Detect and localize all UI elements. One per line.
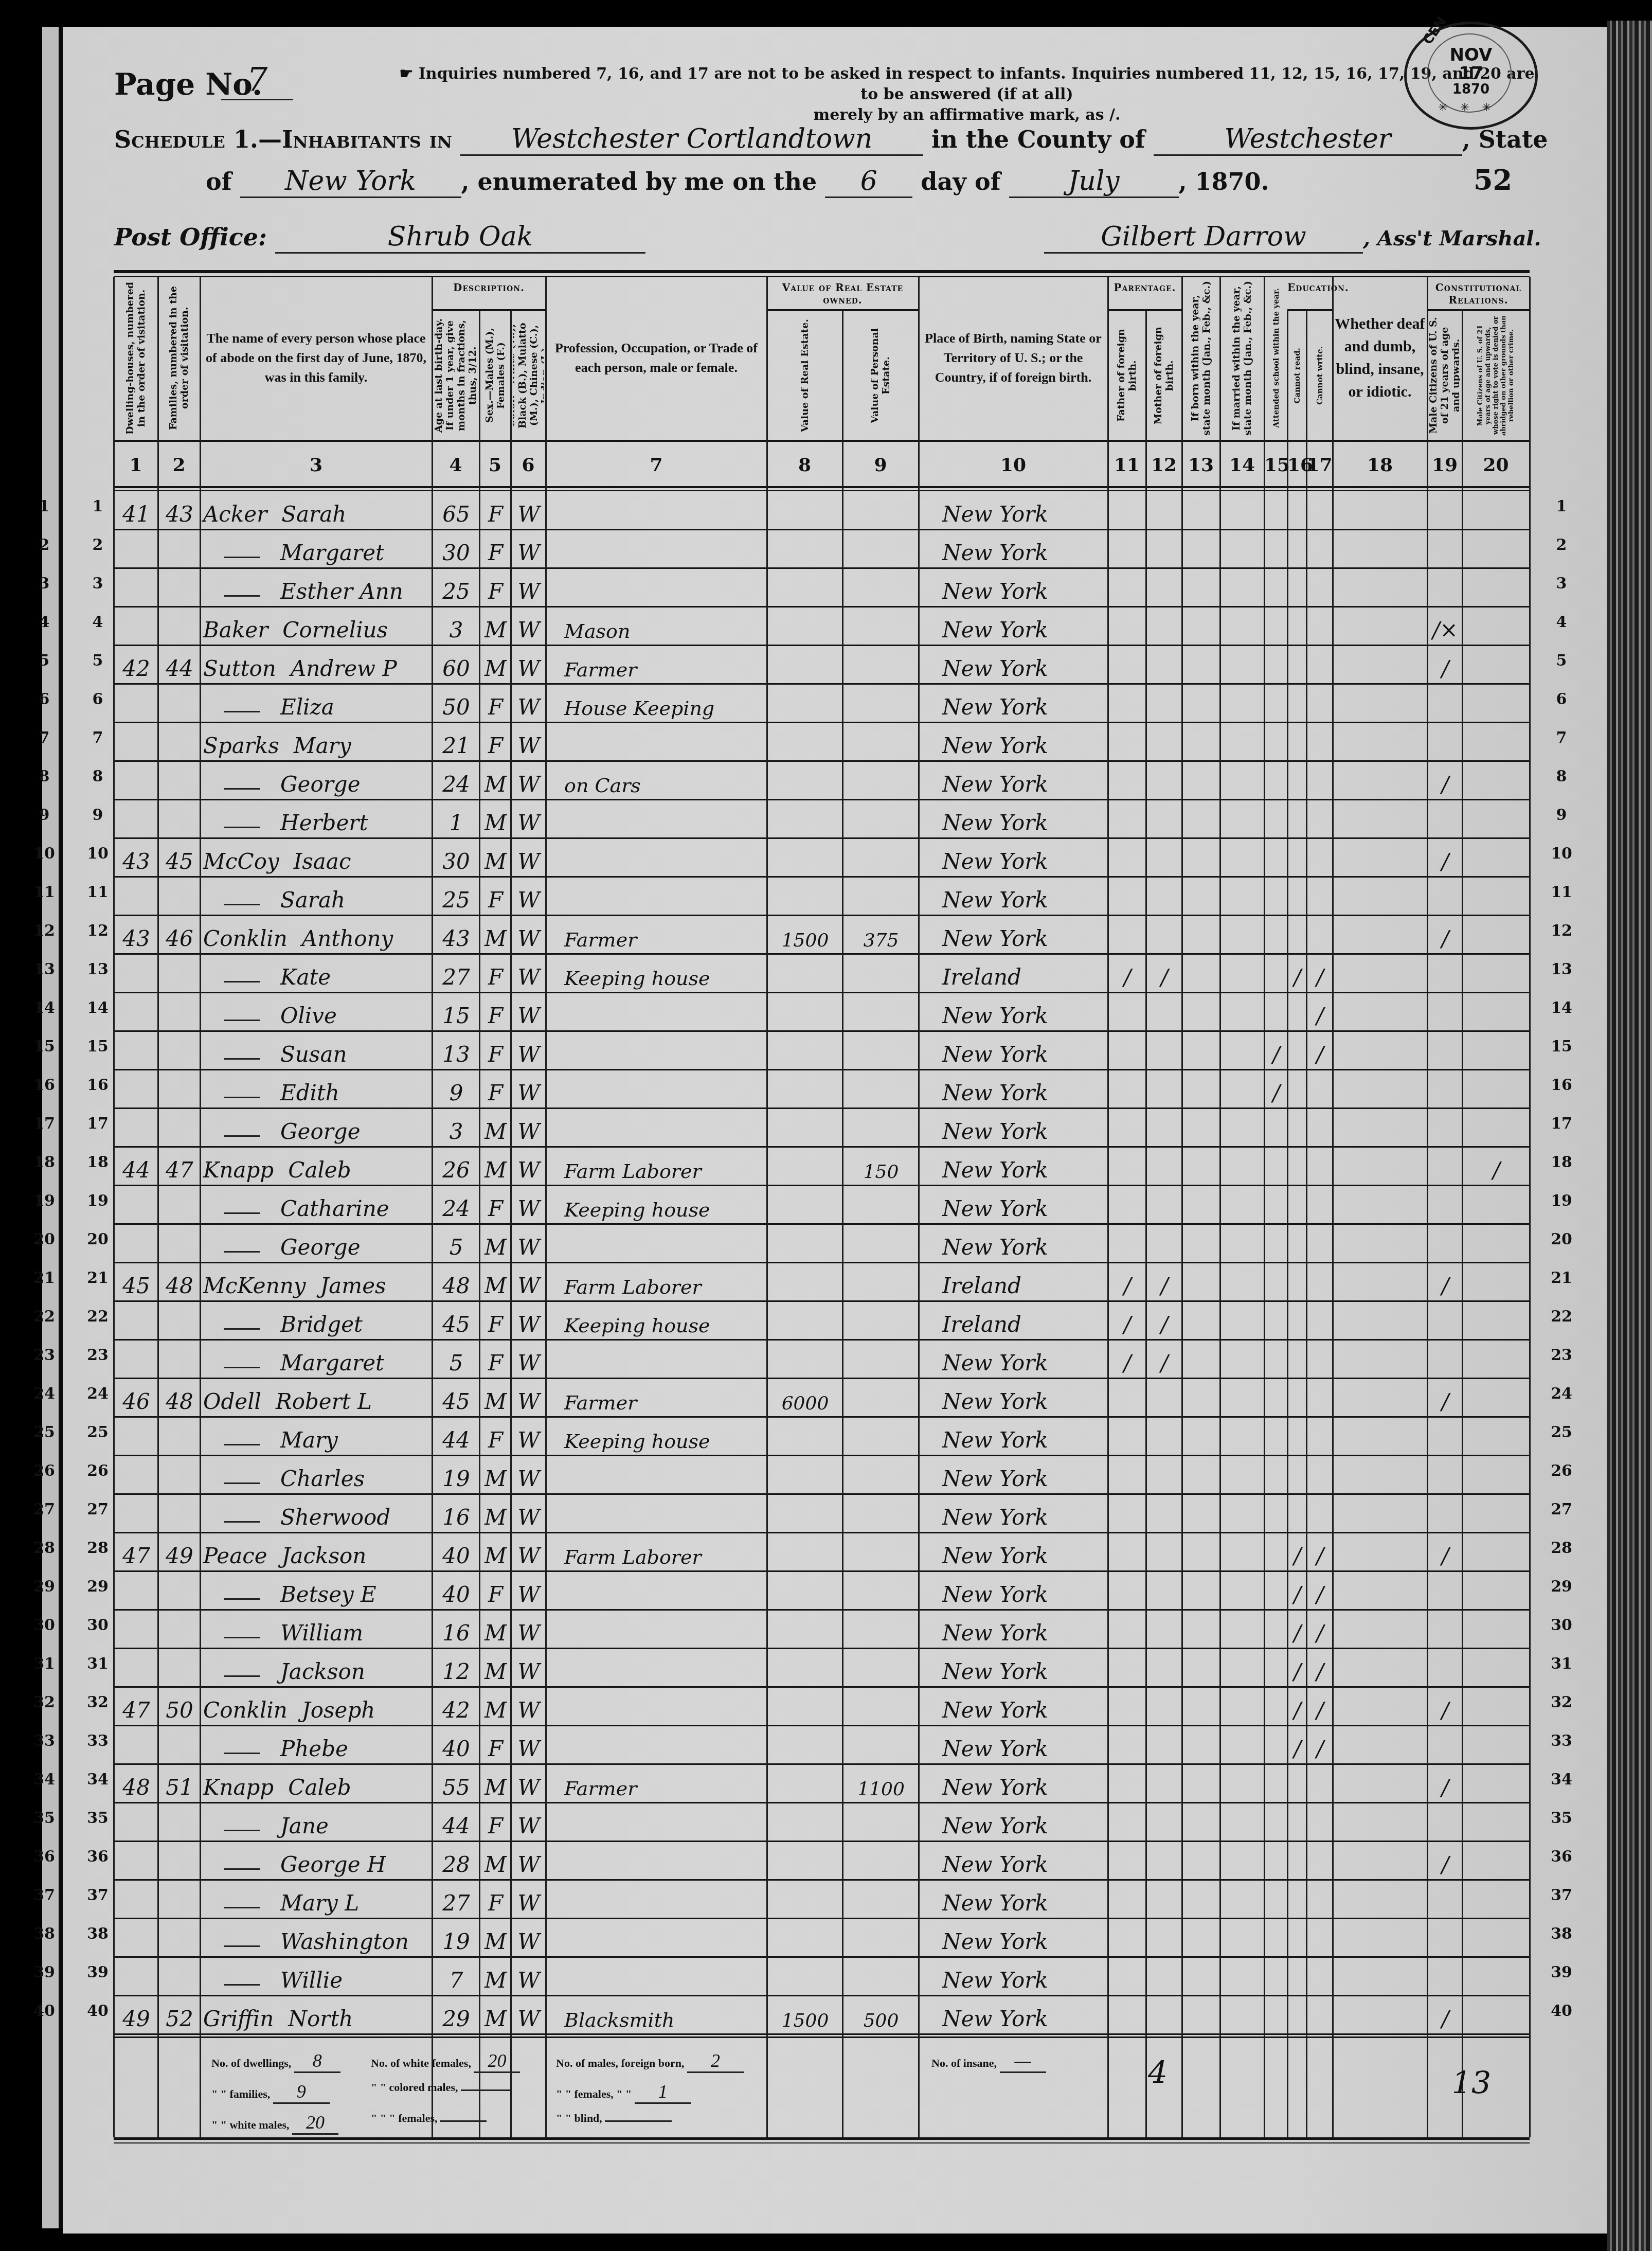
color-cell: W: [514, 1147, 544, 1186]
sex-cell: F: [482, 1070, 509, 1109]
married-month-cell: [1223, 1456, 1262, 1494]
row-number: 23: [85, 1346, 111, 1364]
age-cell: 3: [435, 607, 477, 646]
females-foreign-count-value: 1: [635, 2081, 691, 2104]
birthplace-cell: Ireland: [922, 954, 1106, 993]
row-number-outer: 31: [31, 1655, 57, 1673]
table-row: 2121214548McKennyJames48MWFarm LaborerIr…: [114, 1263, 1530, 1301]
person-name-cell: AckerSarah: [203, 491, 430, 530]
age-cell: 1: [435, 800, 477, 838]
person-name-cell: Sherwood: [203, 1494, 430, 1533]
cannot-write-cell: [1309, 1379, 1331, 1417]
vote-denied-cell: /: [1465, 1147, 1528, 1186]
dwelling-number-cell: [117, 684, 156, 723]
row-number-outer: 2: [31, 536, 57, 554]
married-month-cell: [1223, 1842, 1262, 1880]
disability-cell: [1336, 1070, 1425, 1109]
married-month-cell: [1223, 916, 1262, 954]
mother-foreign-cell: [1149, 1687, 1180, 1726]
father-foreign-cell: [1111, 1842, 1144, 1880]
attended-school-cell: [1267, 607, 1285, 646]
families-count: " " families, 9: [211, 2081, 330, 2104]
given-name: Mary: [294, 733, 351, 758]
father-foreign-cell: [1111, 761, 1144, 800]
row-number: 31: [85, 1655, 111, 1673]
male-citizen-cell: /: [1430, 916, 1460, 954]
county-label: in the County of: [931, 126, 1145, 153]
cannot-write-cell: /: [1309, 1533, 1331, 1571]
page-edge-line: [59, 27, 63, 2228]
column-header-text-20: Male Citizens of U. S. of 21 years of ag…: [1477, 315, 1515, 436]
attended-school-cell: [1267, 568, 1285, 607]
born-month-cell: [1185, 800, 1218, 838]
person-name-cell: BakerCornelius: [203, 607, 430, 646]
father-foreign-cell: [1111, 916, 1144, 954]
sex-cell: M: [482, 646, 509, 684]
table-top-rule-thin: [114, 276, 1530, 277]
row-number-outer: 18: [31, 1153, 57, 1171]
real-estate-value-cell: [770, 761, 840, 800]
attended-school-cell: [1267, 1224, 1285, 1263]
disability-cell: [1336, 1610, 1425, 1649]
sex-cell: M: [482, 1919, 509, 1957]
birthplace-cell: New York: [922, 684, 1106, 723]
cannot-write-cell: [1309, 1803, 1331, 1842]
row-number-right: 11: [1549, 883, 1574, 901]
column-header-8: Value of Real Estate.: [769, 315, 840, 436]
male-citizen-cell: [1430, 1610, 1460, 1649]
column-header-text-15: Attended school within the year.: [1270, 288, 1282, 427]
schedule-line: Schedule 1.—Inhabitants in Westchester C…: [114, 123, 1548, 156]
vote-denied-cell: [1465, 993, 1528, 1031]
father-foreign-cell: [1111, 1571, 1144, 1610]
table-row: 171717George3MWNew York: [114, 1109, 1530, 1147]
real-estate-value-cell: [770, 1109, 840, 1147]
dwelling-number-cell: [117, 1109, 156, 1147]
column-header-12: Mother of foreign birth.: [1148, 315, 1180, 436]
table-row: 313131Jackson12MWNew York//: [114, 1649, 1530, 1687]
occupation-cell: [549, 1224, 765, 1263]
personal-estate-value-cell: [846, 1533, 917, 1571]
inquiries-note-line1: ☛ Inquiries numbered 7, 16, and 17 are n…: [391, 64, 1543, 105]
row-number-outer: 6: [31, 690, 57, 708]
row-number: 39: [85, 1963, 111, 1981]
white-males-count-label: " " white males,: [211, 2118, 290, 2131]
married-month-cell: [1223, 1494, 1262, 1533]
married-month-cell: [1223, 1263, 1262, 1301]
attended-school-cell: [1267, 761, 1285, 800]
born-month-cell: [1185, 646, 1218, 684]
given-name: George: [280, 1119, 361, 1144]
enumerated-label: , enumerated by me on the: [461, 168, 817, 195]
row-number: 5: [85, 652, 111, 670]
person-name-cell: Charles: [203, 1456, 430, 1494]
row-number-right: 5: [1549, 652, 1574, 670]
occupation-cell: [549, 1070, 765, 1109]
colored-males-count-label: " " colored males,: [371, 2081, 458, 2094]
column-header-text-14: If married within the year, state month …: [1231, 280, 1253, 436]
color-cell: W: [514, 1571, 544, 1610]
age-cell: 16: [435, 1494, 477, 1533]
column-header-text-5: Sex.—Males (M.), Females (F.): [484, 315, 507, 436]
ditto-mark: [224, 1907, 260, 1908]
row-number: 10: [85, 845, 111, 863]
sex-cell: M: [482, 916, 509, 954]
occupation-cell: Farm Laborer: [549, 1263, 765, 1301]
column-number-18: 18: [1333, 454, 1427, 476]
row-number-outer: 11: [31, 883, 57, 901]
row-number-right: 31: [1549, 1655, 1574, 1673]
mother-foreign-cell: [1149, 877, 1180, 916]
personal-estate-value-cell: [846, 1957, 917, 1996]
born-month-cell: [1185, 877, 1218, 916]
cannot-read-cell: [1290, 1456, 1304, 1494]
sex-cell: M: [482, 1764, 509, 1803]
given-name: Jane: [280, 1813, 329, 1838]
cannot-write-cell: [1309, 646, 1331, 684]
row-number-outer: 4: [31, 613, 57, 631]
ditto-mark: [224, 1212, 260, 1214]
post-office-label: Post Office:: [114, 223, 267, 251]
color-cell: W: [514, 1842, 544, 1880]
attended-school-cell: [1267, 1147, 1285, 1186]
color-cell: W: [514, 954, 544, 993]
families-count-label: " " families,: [211, 2087, 270, 2100]
cannot-read-cell: [1290, 1340, 1304, 1379]
occupation-cell: [549, 1842, 765, 1880]
marshal-signature: Gilbert Darrow: [1044, 221, 1363, 254]
row-number-right: 36: [1549, 1848, 1574, 1866]
attended-school-cell: [1267, 1842, 1285, 1880]
given-name: Olive: [280, 1003, 337, 1028]
real-estate-value-cell: [770, 1031, 840, 1070]
row-number-outer: 30: [31, 1616, 57, 1634]
person-name-cell: Willie: [203, 1957, 430, 1996]
person-name-cell: OdellRobert L: [203, 1379, 430, 1417]
married-month-cell: [1223, 1533, 1262, 1571]
disability-cell: [1336, 1417, 1425, 1456]
month-field: July: [1009, 166, 1179, 198]
real-estate-value-cell: [770, 800, 840, 838]
sex-cell: F: [482, 723, 509, 761]
sex-cell: F: [482, 1186, 509, 1224]
families-count-value: 9: [273, 2081, 330, 2104]
born-month-cell: [1185, 1109, 1218, 1147]
cannot-write-cell: [1309, 684, 1331, 723]
occupation-cell: Farm Laborer: [549, 1533, 765, 1571]
personal-estate-value-cell: [846, 1842, 917, 1880]
born-month-cell: [1185, 1533, 1218, 1571]
family-number-cell: [161, 1880, 198, 1919]
disability-cell: [1336, 954, 1425, 993]
color-cell: W: [514, 723, 544, 761]
family-number-cell: [161, 877, 198, 916]
attended-school-cell: [1267, 916, 1285, 954]
sex-cell: M: [482, 1456, 509, 1494]
mother-foreign-cell: [1149, 800, 1180, 838]
personal-estate-value-cell: [846, 1379, 917, 1417]
age-cell: 5: [435, 1340, 477, 1379]
dwelling-number-cell: [117, 1880, 156, 1919]
color-cell: W: [514, 1880, 544, 1919]
family-number-cell: [161, 723, 198, 761]
birthplace-cell: New York: [922, 993, 1106, 1031]
mother-foreign-cell: [1149, 1147, 1180, 1186]
given-name: George: [280, 1235, 361, 1260]
personal-estate-value-cell: [846, 1070, 917, 1109]
ditto-mark: [224, 827, 260, 828]
cannot-write-cell: [1309, 1147, 1331, 1186]
vote-denied-cell: [1465, 684, 1528, 723]
cannot-read-cell: [1290, 877, 1304, 916]
of-label: of: [206, 168, 231, 195]
row-number-right: 35: [1549, 1809, 1574, 1827]
age-cell: 25: [435, 877, 477, 916]
cannot-write-cell: [1309, 1263, 1331, 1301]
row-number: 4: [85, 613, 111, 631]
cannot-write-cell: /: [1309, 1726, 1331, 1764]
married-month-cell: [1223, 1070, 1262, 1109]
color-cell: W: [514, 646, 544, 684]
father-foreign-cell: [1111, 1533, 1144, 1571]
color-cell: W: [514, 1301, 544, 1340]
dwelling-number-cell: [117, 1803, 156, 1842]
ditto-mark: [224, 981, 260, 982]
females-foreign-count-label: " " females, " ": [556, 2087, 632, 2100]
personal-estate-value-cell: [846, 1687, 917, 1726]
male-citizen-cell: [1430, 684, 1460, 723]
personal-estate-value-cell: [846, 1571, 917, 1610]
real-estate-value-cell: [770, 1456, 840, 1494]
row-number-right: 38: [1549, 1925, 1574, 1943]
person-name-cell: Margaret: [203, 1340, 430, 1379]
color-cell: W: [514, 607, 544, 646]
father-foreign-cell: [1111, 1996, 1144, 2034]
given-name: Mary: [280, 1427, 338, 1453]
father-foreign-cell: [1111, 1456, 1144, 1494]
real-estate-value-cell: [770, 1649, 840, 1687]
dwelling-number-cell: [117, 1919, 156, 1957]
column-header-15: Attended school within the year.: [1266, 280, 1285, 436]
person-name-cell: Esther Ann: [203, 568, 430, 607]
father-foreign-cell: [1111, 1610, 1144, 1649]
mother-foreign-cell: [1149, 1571, 1180, 1610]
personal-estate-value-cell: [846, 568, 917, 607]
cannot-read-cell: [1290, 1417, 1304, 1456]
vote-denied-cell: [1465, 800, 1528, 838]
male-citizen-cell: /: [1430, 1764, 1460, 1803]
vote-denied-cell: [1465, 530, 1528, 568]
family-number-cell: 48: [161, 1379, 198, 1417]
disability-cell: [1336, 1147, 1425, 1186]
parentage-tally: 4: [1137, 2055, 1178, 2091]
table-row: 2424244648OdellRobert L45MWFarmer6000New…: [114, 1379, 1530, 1417]
citizens-tally: 13: [1451, 2065, 1492, 2101]
color-cell: W: [514, 1070, 544, 1109]
personal-estate-value-cell: [846, 1880, 917, 1919]
row-number-outer: 32: [31, 1693, 57, 1711]
row-number-right: 4: [1549, 613, 1574, 631]
row-number-outer: 22: [31, 1308, 57, 1326]
married-month-cell: [1223, 607, 1262, 646]
dwelling-number-cell: [117, 1957, 156, 1996]
mother-foreign-cell: [1149, 491, 1180, 530]
occupation-cell: Keeping house: [549, 954, 765, 993]
column-header-text-19: Male Citizens of U. S. of 21 years of ag…: [1429, 315, 1460, 436]
row-number: 14: [85, 999, 111, 1017]
row-number: 6: [85, 690, 111, 708]
father-foreign-cell: [1111, 1957, 1144, 1996]
state-field: New York: [240, 166, 461, 198]
ditto-mark: [224, 1058, 260, 1060]
male-citizen-cell: [1430, 1031, 1460, 1070]
family-number-cell: [161, 954, 198, 993]
born-month-cell: [1185, 1379, 1218, 1417]
family-number-cell: [161, 1456, 198, 1494]
attended-school-cell: [1267, 1649, 1285, 1687]
surname: Peace: [203, 1543, 267, 1568]
age-cell: 19: [435, 1456, 477, 1494]
real-estate-value-cell: [770, 1764, 840, 1803]
mother-foreign-cell: [1149, 916, 1180, 954]
sex-cell: F: [482, 1803, 509, 1842]
given-name: Bridget: [280, 1312, 363, 1337]
sex-cell: F: [482, 684, 509, 723]
table-row: 1010104345McCoyIsaac30MWNew York/: [114, 838, 1530, 877]
cannot-read-cell: [1290, 1031, 1304, 1070]
row-number: 19: [85, 1192, 111, 1210]
dwelling-number-cell: [117, 954, 156, 993]
cannot-read-cell: [1290, 916, 1304, 954]
dwelling-number-cell: [117, 723, 156, 761]
cannot-read-cell: [1290, 993, 1304, 1031]
vote-denied-cell: [1465, 568, 1528, 607]
row-number: 24: [85, 1385, 111, 1403]
row-number-right: 32: [1549, 1693, 1574, 1711]
row-number-outer: 12: [31, 922, 57, 940]
post-office-line: Post Office: Shrub Oak: [114, 221, 645, 254]
cannot-write-cell: [1309, 1764, 1331, 1803]
disability-cell: [1336, 1263, 1425, 1301]
father-foreign-cell: [1111, 1070, 1144, 1109]
male-citizen-cell: [1430, 993, 1460, 1031]
born-month-cell: [1185, 1687, 1218, 1726]
family-number-cell: [161, 1186, 198, 1224]
sex-cell: F: [482, 954, 509, 993]
occupation-cell: Keeping house: [549, 1301, 765, 1340]
disability-cell: [1336, 1687, 1425, 1726]
age-cell: 29: [435, 1996, 477, 2034]
occupation-cell: [549, 1494, 765, 1533]
column-header-16: Cannot read.: [1289, 315, 1304, 436]
real-estate-value-cell: [770, 1494, 840, 1533]
cannot-read-cell: [1290, 1764, 1304, 1803]
column-header-text-12: Mother of foreign birth.: [1153, 315, 1175, 436]
real-estate-value-cell: [770, 491, 840, 530]
disability-cell: [1336, 1456, 1425, 1494]
given-name: Eliza: [280, 694, 334, 720]
family-number-cell: [161, 1070, 198, 1109]
person-name-cell: PeaceJackson: [203, 1533, 430, 1571]
row-number-right: 28: [1549, 1539, 1574, 1557]
table-row: 292929Betsey E40FWNew York//: [114, 1571, 1530, 1610]
dwelling-number-cell: [117, 568, 156, 607]
ditto-mark: [224, 1637, 260, 1638]
personal-estate-value-cell: [846, 1224, 917, 1263]
occupation-cell: Blacksmith: [549, 1996, 765, 2034]
occupation-cell: [549, 1649, 765, 1687]
occupation-cell: [549, 1880, 765, 1919]
row-number-right: 6: [1549, 690, 1574, 708]
married-month-cell: [1223, 1379, 1262, 1417]
color-cell: W: [514, 1186, 544, 1224]
birthplace-cell: New York: [922, 800, 1106, 838]
column-header-2: Families, numbered in the order of visit…: [160, 280, 198, 436]
personal-estate-value-cell: [846, 1803, 917, 1842]
column-number-13: 13: [1182, 454, 1220, 476]
column-number-16: 16: [1287, 454, 1306, 476]
personal-estate-value-cell: [846, 530, 917, 568]
vote-denied-cell: [1465, 1919, 1528, 1957]
color-cell: W: [514, 1610, 544, 1649]
cannot-write-cell: [1309, 1186, 1331, 1224]
color-cell: W: [514, 1494, 544, 1533]
birthplace-cell: New York: [922, 1417, 1106, 1456]
post-office-field: Shrub Oak: [275, 221, 645, 254]
male-citizen-cell: /: [1430, 1687, 1460, 1726]
attended-school-cell: [1267, 1919, 1285, 1957]
row-number-outer: 36: [31, 1848, 57, 1866]
given-name: Isaac: [294, 849, 351, 874]
column-number-19: 19: [1427, 454, 1462, 476]
family-number-cell: 52: [161, 1996, 198, 2034]
mother-foreign-cell: [1149, 1456, 1180, 1494]
column-header-text-8: Value of Real Estate.: [799, 319, 811, 432]
row-number-right: 33: [1549, 1732, 1574, 1750]
disability-cell: [1336, 1571, 1425, 1610]
column-header-10: Place of Birth, naming State or Territor…: [921, 280, 1106, 436]
real-estate-value-cell: 6000: [770, 1379, 840, 1417]
person-name-cell: McKennyJames: [203, 1263, 430, 1301]
row-number: 33: [85, 1732, 111, 1750]
dwelling-number-cell: [117, 607, 156, 646]
day-field: 6: [825, 166, 912, 198]
married-month-cell: [1223, 1764, 1262, 1803]
occupation-cell: [549, 838, 765, 877]
mother-foreign-cell: [1149, 723, 1180, 761]
color-cell: W: [514, 1031, 544, 1070]
column-header-text-10: Place of Birth, naming State or Territor…: [921, 329, 1106, 387]
family-number-cell: [161, 607, 198, 646]
color-cell: W: [514, 1919, 544, 1957]
given-name: Susan: [280, 1042, 347, 1067]
age-cell: 26: [435, 1147, 477, 1186]
cannot-write-cell: [1309, 1224, 1331, 1263]
age-cell: 27: [435, 954, 477, 993]
real-estate-value-cell: [770, 530, 840, 568]
vote-denied-cell: [1465, 1764, 1528, 1803]
dwelling-number-cell: [117, 993, 156, 1031]
birthplace-cell: New York: [922, 1610, 1106, 1649]
attended-school-cell: [1267, 954, 1285, 993]
ditto-mark: [224, 1984, 260, 1986]
table-row: 111111Sarah25FWNew York: [114, 877, 1530, 916]
father-foreign-cell: [1111, 993, 1144, 1031]
vote-denied-cell: [1465, 1610, 1528, 1649]
row-number-right: 1: [1549, 497, 1574, 515]
born-month-cell: [1185, 568, 1218, 607]
person-name-cell: Herbert: [203, 800, 430, 838]
